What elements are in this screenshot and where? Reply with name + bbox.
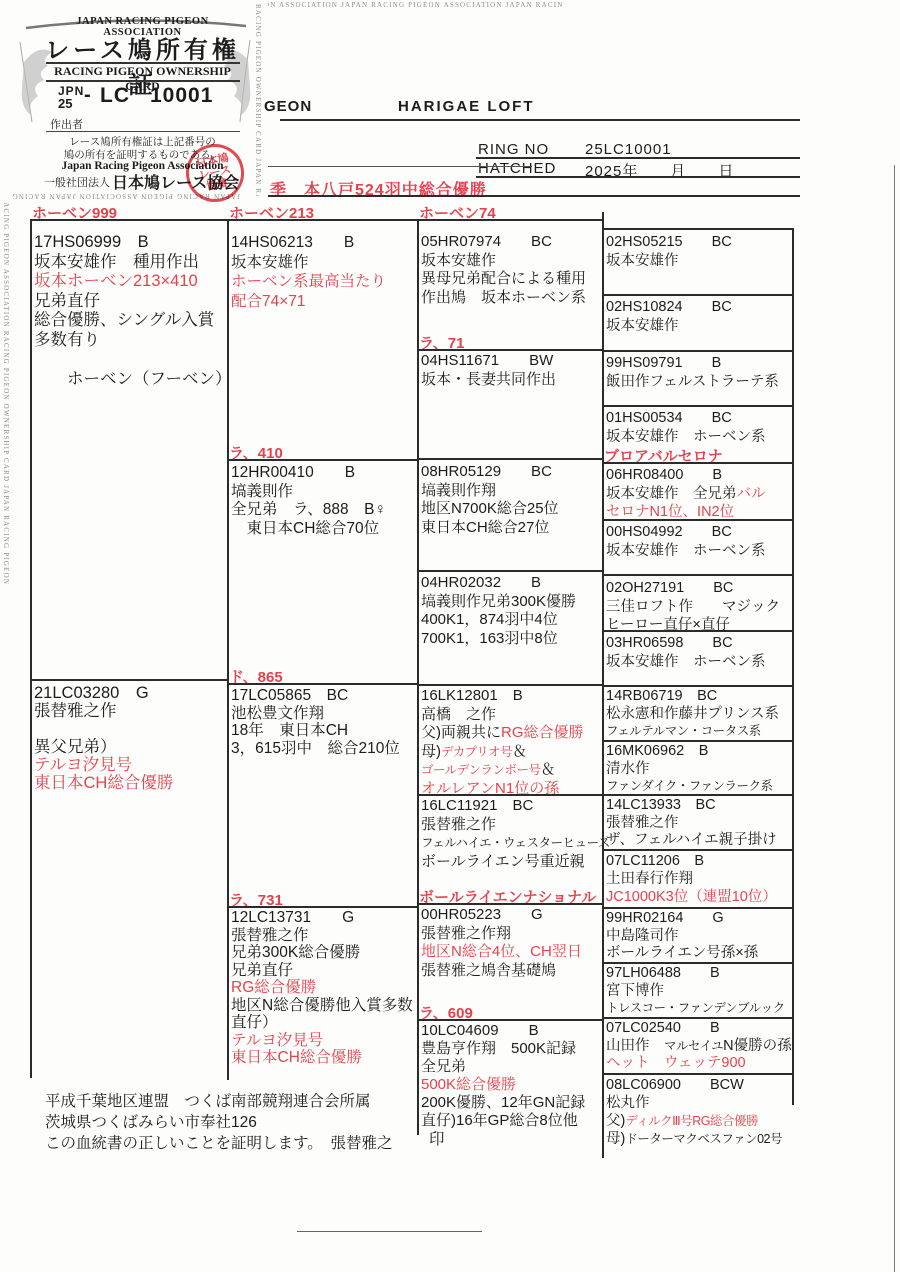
pedigree-cell: 00HR05223 G張替雅之作翔地区N総合4位、CH翌日張替雅之鳩舎基礎鳩 [421, 906, 582, 980]
cell-top-border [417, 1019, 602, 1021]
pedigree-cell: 06HR08400 B坂本安雄作 全兄弟バルセロナN1位、IN2位 [606, 466, 766, 522]
cell-top-border [417, 349, 602, 351]
cell-top-border [602, 685, 792, 687]
grid-vline-right [792, 228, 794, 1105]
pedigree-cell: 17LC05865 BC池松豊文作翔18年 東日本CH3，615羽中 総合210… [231, 687, 400, 757]
cell-top-border [602, 1073, 792, 1075]
pedigree-cell: 05HR07974 BC坂本安雄作異母兄弟配合による種用作出鳩 坂本ホーベン系 [421, 233, 586, 307]
certification-line: この血統書の正しいことを証明します。 張替雅之 [45, 1131, 393, 1153]
ring-no-underline [476, 157, 800, 159]
pedigree-cell: 04HR02032 B塙義則作兄弟300K優勝400K1，874羽中4位700K… [421, 574, 576, 648]
cell-top-border [602, 350, 792, 352]
grid-vline-col2 [227, 219, 229, 1080]
pedigree-cell: 12HR00410 B塙義則作全兄弟 ラ、888 B♀ 東日本CH総合70位 [231, 464, 386, 538]
card-ring-number: 10001 [150, 84, 213, 108]
ring-no-label: RING NO [478, 141, 549, 158]
pedigree-cell: 17HS06999 B坂本安雄作 種用作出坂本ホーベン213×410兄弟直仔総合… [34, 233, 232, 389]
card-breeder-line [46, 131, 240, 132]
card-rule-2 [46, 80, 240, 82]
pedigree-cell: 16MK06962 B清水作ファンダイク・ファンラーク系 [606, 743, 773, 796]
federation-line: 平成千葉地区連盟 つくば南部競翔連合会所属 [45, 1089, 371, 1111]
cell-top-border [227, 459, 417, 461]
card-ring-dash: - [84, 84, 91, 107]
pedigree-cell: 16LK12801 B高橋 之作父)両親共にRG総合優勝母)デカプリオ号＆ゴール… [421, 687, 584, 798]
cell-top-border [30, 219, 227, 221]
pedigree-cell: 08LC06900 BCW松丸作父)ディルクⅢ号RG総合優勝母)ドーターマクベス… [606, 1076, 782, 1148]
achievement-note: 季 本八戸524羽中総合優勝 [270, 177, 487, 200]
address-line: 茨城県つくばみらい市奉社126 [45, 1110, 257, 1132]
pedigree-cell: 01HS00534 BC坂本安雄作 ホーベン系 [606, 409, 766, 447]
card-association-jp-prefix: 一般社団法人 [44, 174, 110, 190]
cell-top-border [417, 570, 602, 572]
card-breeder-label: 作出者 [50, 116, 83, 132]
blank-field-line [268, 166, 532, 167]
grid-vline-col1 [30, 219, 32, 1078]
cell-top-border [602, 574, 792, 576]
pedigree-cell: 02OH27191 BC三佳ロフト作 マジックヒーロー直仔×直仔 [606, 579, 780, 635]
grid-vline-col3 [417, 219, 419, 1135]
hatched-underline [476, 176, 800, 178]
cell-top-border [602, 630, 792, 632]
cell-top-border [417, 794, 602, 796]
pedigree-cell: 10LC04609 B豊島亨作翔 500K記録全兄弟500K総合優勝200K優勝… [421, 1022, 585, 1130]
cell-top-border [602, 405, 792, 407]
seal-placeholder-char: 印 [429, 1127, 445, 1149]
sheet-title-partial: GEON [264, 98, 312, 115]
pedigree-cell: 14HS06213 B坂本安雄作ホーベン系最高当たり配合74×71 [231, 233, 386, 311]
pedigree-cell: 12LC13731 G張替雅之作兄弟300K総合優勝兄弟直仔RG総合優勝地区N総… [231, 909, 413, 1067]
pedigree-cell: 97LH06488 B宮下博作トレスコー・ファンデンブルック [606, 965, 785, 1018]
pedigree-cell: 07LC11206 B土田春行作翔JC1000K3位（連盟10位） [606, 852, 777, 906]
cell-top-border [417, 458, 602, 460]
pedigree-cell: 21LC03280 G張替雅之作 異父兄弟）テルヨ汐見号東日本CH総合優勝 [34, 684, 173, 792]
cell-top-border [30, 679, 227, 681]
cell-top-border [417, 219, 602, 221]
cell-top-border [602, 740, 792, 742]
hatched-label: HATCHED [478, 160, 556, 177]
cell-top-border [602, 1017, 792, 1019]
pedigree-cell: 03HR06598 BC坂本安雄作 ホーベン系 [606, 634, 766, 672]
cell-top-border [602, 519, 792, 521]
page-edge-line [894, 165, 895, 1272]
pedigree-cell: 04HS11671 BW坂本・長妻共同作出 [421, 352, 556, 389]
cell-top-border [602, 462, 792, 464]
pedigree-cell: 99HS09791 B飯田作フェルストラーテ系 [606, 354, 779, 392]
cell-top-border [602, 228, 792, 230]
cell-top-border [227, 906, 417, 908]
cell-top-border [602, 794, 792, 796]
cell-top-border [602, 294, 792, 296]
cell-top-border [227, 683, 417, 685]
cell-top-border [227, 219, 417, 221]
ring-no-value: 25LC10001 [585, 141, 672, 158]
header-rule [280, 119, 800, 121]
pedigree-cell: 99HR02164 G中島隆司作ボールライエン号孫×孫 [606, 910, 758, 963]
grid-vline-col4 [602, 212, 604, 1158]
pedigree-cell: 16LC11921 BC張替雅之作フェルハイエ・ウェスターヒュースボールライエン… [421, 797, 610, 871]
pedigree-cell: 02HS05215 BC坂本安雄作 [606, 233, 732, 271]
bottom-mark-line [297, 1231, 482, 1232]
header-bottom-rule [268, 195, 800, 197]
card-ring-year: 25 [58, 96, 72, 111]
cell-top-border [417, 903, 602, 905]
cell-top-border [417, 684, 602, 686]
pedigree-cell: 14RB06719 BC松永憲和作藤井プリンス系フェルテルマン・コータス系 [606, 688, 779, 741]
hatched-value: 2025年 月 日 [585, 160, 734, 181]
cell-top-border [602, 849, 792, 851]
pedigree-cell: 14LC13933 BC張替雅之作ザ、フェルハイエ親子掛け [606, 797, 777, 850]
pedigree-cell: 00HS04992 BC坂本安雄作 ホーベン系 [606, 523, 766, 561]
loft-name: HARIGAE LOFT [398, 98, 535, 115]
pedigree-document: JAPAN RACING PIGEON ASSOCIATION JAPAN RA… [0, 0, 900, 1272]
pedigree-cell: 07LC02540 B山田作 マルセイユN優勝の孫ヘット ウェッテ900 [606, 1020, 792, 1073]
pedigree-cell: 02HS10824 BC坂本安雄作 [606, 298, 732, 336]
cell-top-border [602, 907, 792, 909]
pedigree-cell: 08HR05129 BC塙義則作翔地区N700K総合25位東日本CH総合27位 [421, 463, 559, 537]
ownership-card: RACING PIGEON OWNERSHIP CARD JAPAN RACIN… [0, 0, 268, 202]
card-ring-series: LC [100, 84, 130, 108]
cell-top-border [602, 962, 792, 964]
